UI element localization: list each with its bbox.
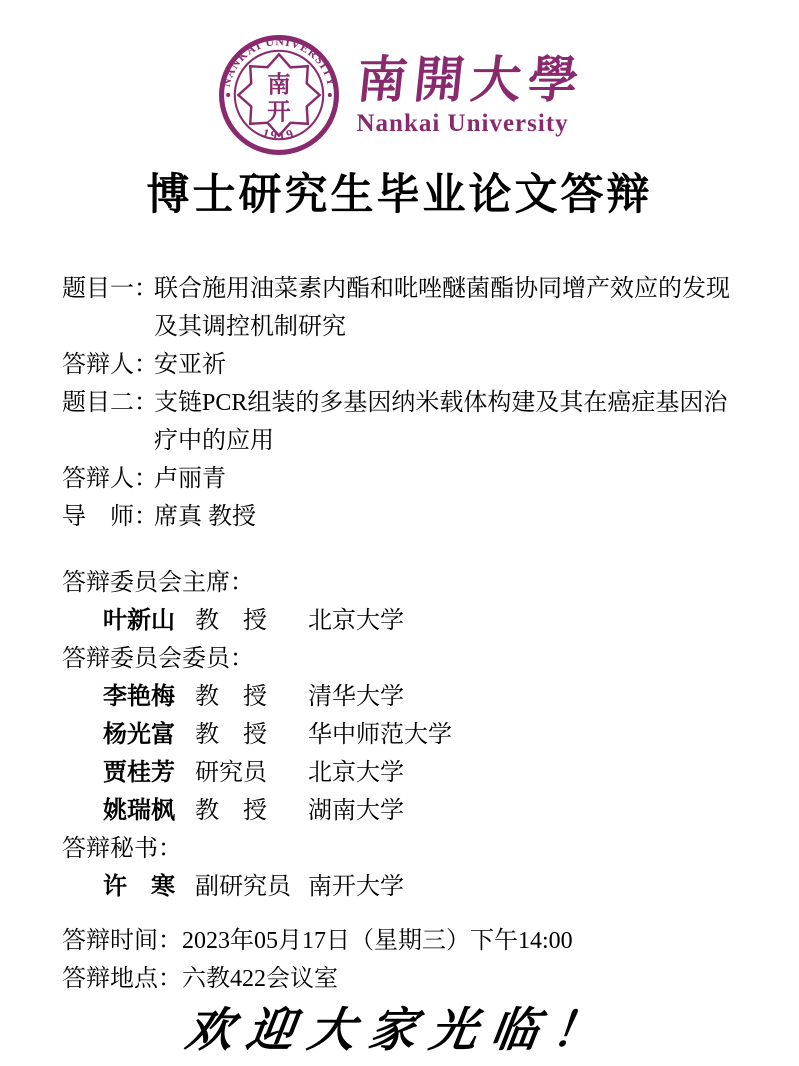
defender-1-label: 答辩人： xyxy=(62,346,154,384)
committee-section: 答辩委员会主席： 叶新山 教 授 北京大学 答辩委员会委员： 李艳梅 教 授 清… xyxy=(62,564,751,906)
defender-1-name: 安亚祈 xyxy=(154,346,751,384)
secretary-affiliation: 南开大学 xyxy=(308,868,404,906)
member-title: 教 授 xyxy=(195,716,291,754)
chair-affiliation: 北京大学 xyxy=(308,602,404,640)
topic-1-text: 联合施用油菜素内酯和吡唑醚菌酯协同增产效应的发现及其调控机制研究 xyxy=(154,270,751,346)
defense-time-value: 2023年05月17日（星期三）下午14:00 xyxy=(182,922,751,960)
topic-1-label: 题目一： xyxy=(62,270,154,308)
seal-center-char-bottom: 开 xyxy=(267,98,291,125)
defense-venue-row: 答辩地点： 六教422会议室 xyxy=(62,960,751,998)
committee-members-heading: 答辩委员会委员： xyxy=(62,640,751,678)
member-affiliation: 清华大学 xyxy=(308,678,404,716)
member-name: 杨光富 xyxy=(103,716,177,754)
committee-member-row: 姚瑞枫 教 授 湖南大学 xyxy=(62,792,751,830)
member-title: 教 授 xyxy=(195,792,291,830)
member-title: 研究员 xyxy=(195,754,291,792)
committee-member-row: 贾桂芳 研究员 北京大学 xyxy=(62,754,751,792)
member-name: 李艳梅 xyxy=(103,678,177,716)
university-name-english: Nankai University xyxy=(357,109,569,139)
seal-center-char-top: 南 xyxy=(267,70,290,98)
announcement-body: 题目一： 联合施用油菜素内酯和吡唑醚菌酯协同增产效应的发现及其调控机制研究 答辩… xyxy=(62,270,751,998)
seal-left-dot xyxy=(226,93,230,97)
defense-venue-label: 答辩地点： xyxy=(62,960,182,998)
seal-right-dot xyxy=(327,93,331,97)
defender-2-name: 卢丽青 xyxy=(154,460,751,498)
member-title: 教 授 xyxy=(195,678,291,716)
chair-name: 叶新山 xyxy=(103,602,177,640)
committee-member-row: 杨光富 教 授 华中师范大学 xyxy=(62,716,751,754)
member-name: 贾桂芳 xyxy=(103,754,177,792)
secretary-name: 许 寒 xyxy=(103,868,177,906)
member-name: 姚瑞枫 xyxy=(103,792,177,830)
nankai-university-seal-icon: NANKAI UNIVERSITY 1919 南 开 xyxy=(215,34,343,156)
advisor-label: 导 师： xyxy=(62,498,154,536)
defense-venue-value: 六教422会议室 xyxy=(182,960,751,998)
page-title: 博士研究生毕业论文答辩 xyxy=(0,166,799,224)
committee-member-row: 李艳梅 教 授 清华大学 xyxy=(62,678,751,716)
committee-chair-row: 叶新山 教 授 北京大学 xyxy=(62,602,751,640)
defense-announcement-page: NANKAI UNIVERSITY 1919 南 开 南開大學 Nankai U… xyxy=(0,0,799,1066)
advisor-name: 席真 教授 xyxy=(154,498,751,536)
schedule-section: 答辩时间： 2023年05月17日（星期三）下午14:00 答辩地点： 六教42… xyxy=(62,922,751,998)
secretary-row: 许 寒 副研究员 南开大学 xyxy=(62,868,751,906)
defender-1-row: 答辩人： 安亚祈 xyxy=(62,346,751,384)
secretary-heading: 答辩秘书： xyxy=(62,830,751,868)
university-logo-header: NANKAI UNIVERSITY 1919 南 开 南開大學 Nankai U… xyxy=(0,0,799,156)
university-wordmark: 南開大學 Nankai University xyxy=(357,51,585,139)
defense-time-label: 答辩时间： xyxy=(62,922,182,960)
defender-2-label: 答辩人： xyxy=(62,460,154,498)
defender-2-row: 答辩人： 卢丽青 xyxy=(62,460,751,498)
topic-2-text: 支链PCR组装的多基因纳米载体构建及其在癌症基因治疗中的应用 xyxy=(154,384,751,460)
defense-time-row: 答辩时间： 2023年05月17日（星期三）下午14:00 xyxy=(62,922,751,960)
topic-1-row: 题目一： 联合施用油菜素内酯和吡唑醚菌酯协同增产效应的发现及其调控机制研究 xyxy=(62,270,751,346)
topic-2-label: 题目二： xyxy=(62,384,154,422)
chair-title: 教 授 xyxy=(195,602,291,640)
topic-2-row: 题目二： 支链PCR组装的多基因纳米载体构建及其在癌症基因治疗中的应用 xyxy=(62,384,751,460)
member-affiliation: 北京大学 xyxy=(308,754,404,792)
welcome-calligraphy-text: 欢迎大家光临！ xyxy=(0,1000,799,1062)
advisor-row: 导 师： 席真 教授 xyxy=(62,498,751,536)
member-affiliation: 华中师范大学 xyxy=(308,716,452,754)
university-name-chinese: 南開大學 xyxy=(353,51,587,109)
secretary-title: 副研究员 xyxy=(195,868,291,906)
member-affiliation: 湖南大学 xyxy=(308,792,404,830)
committee-chair-heading: 答辩委员会主席： xyxy=(62,564,751,602)
